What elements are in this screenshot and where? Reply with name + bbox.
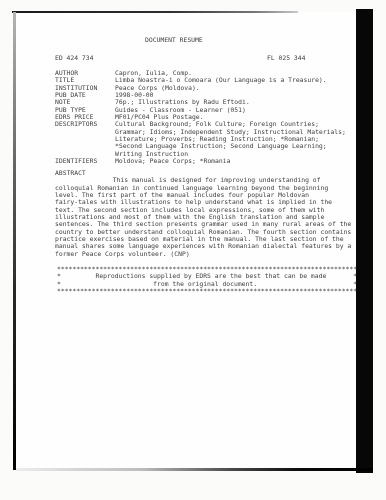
scanned-document-page: { "document": { "header": "DOCUMENT RESU… <box>0 0 386 500</box>
catalog-fields: AUTHORCapron, Iulia, Comp.TITLELimba Noa… <box>55 70 346 165</box>
document-resume-title: DOCUMENT RESUME <box>145 37 203 44</box>
ed-number: ED 424 734 <box>55 55 93 62</box>
text-line: Moldova; Peace Corps; *Romania <box>115 158 230 165</box>
field-row: DESCRIPTORSCultural Background; Folk Cul… <box>55 121 346 158</box>
text-line: ****************************************… <box>57 288 357 295</box>
scan-edge-right-bar <box>356 9 373 473</box>
field-row: IDENTIFIERSMoldova; Peace Corps; *Romani… <box>55 158 346 165</box>
reproduction-notice: ****************************************… <box>57 266 357 295</box>
text-line: former Peace Corps volunteer. (CNP) <box>55 251 351 258</box>
scan-edge-top <box>12 11 298 13</box>
scan-edge-left <box>13 12 16 470</box>
accession-number-row: ED 424 734 FL 025 344 <box>0 55 386 63</box>
field-value: Cultural Background; Folk Culture; Forei… <box>115 121 346 158</box>
field-label: DESCRIPTORS <box>55 121 115 128</box>
field-label: IDENTIFIERS <box>55 158 115 165</box>
field-row: TITLELimba Noastra-i o Comoara (Our Lang… <box>55 77 346 84</box>
clearinghouse-number: FL 025 344 <box>267 55 305 62</box>
scan-edge-bottom <box>16 468 373 471</box>
field-value: Moldova; Peace Corps; *Romania <box>115 158 230 165</box>
abstract-section: ABSTRACT This manual is designed for imp… <box>55 170 351 258</box>
field-row: INSTITUTIONPeace Corps (Moldova). <box>55 85 346 92</box>
